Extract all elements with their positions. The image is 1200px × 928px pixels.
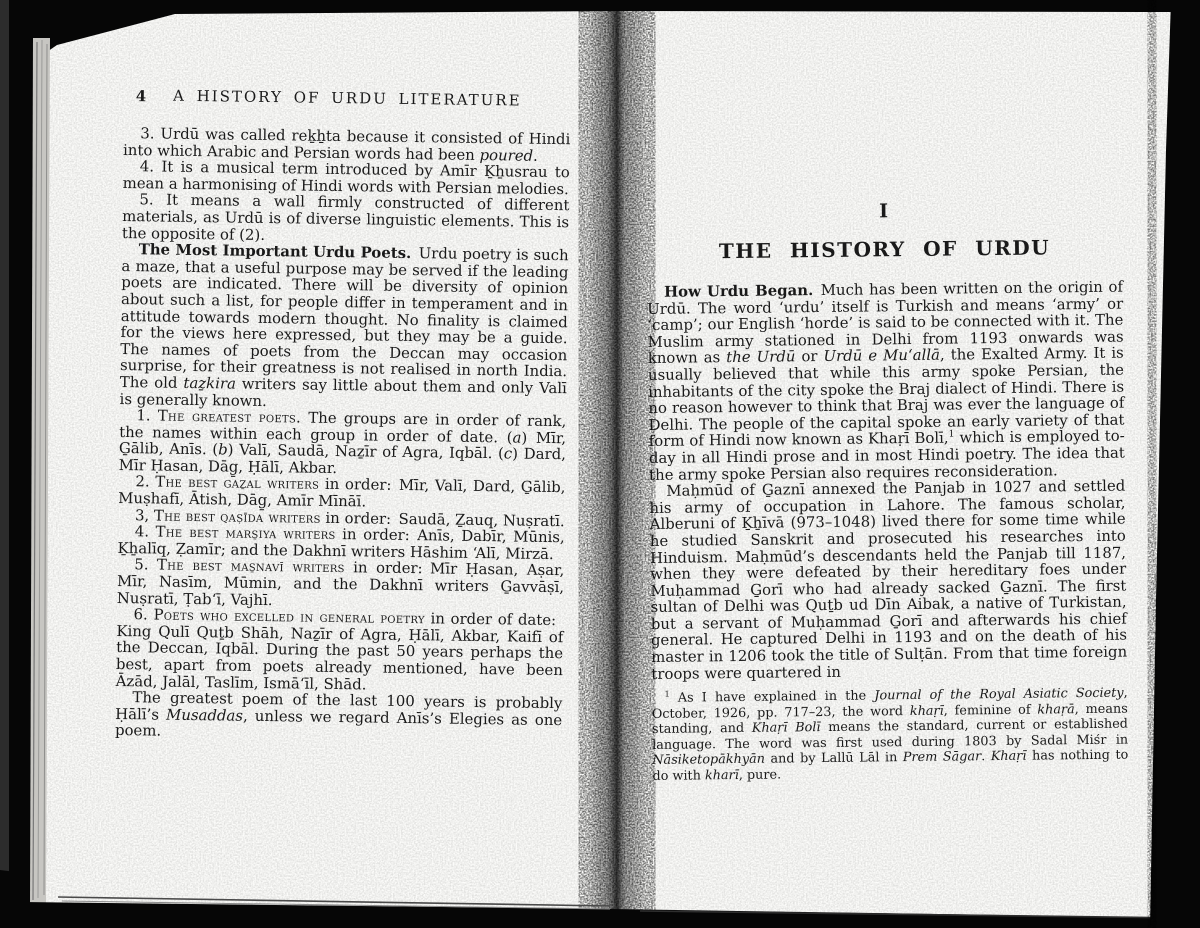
footnote: 1 As I have explained in the Journal of …: [652, 686, 1129, 784]
paragraph: 5. The best mas̱navī writers in order: M…: [117, 556, 565, 612]
right-page: I THE HISTORY OF URDU How Urdu Began. Mu…: [646, 198, 1129, 785]
left-page-body: 3. Urdū was called reḵẖta because it c…: [115, 125, 571, 745]
chapter-number: I: [646, 198, 1122, 225]
left-page: 4 A HISTORY OF URDU LITERATURE 3. Urdū w…: [115, 86, 571, 745]
paragraph: The Most Important Urdu Poets. Urdu poet…: [120, 241, 569, 413]
paragraph: How Urdu Began. Much has been written on…: [647, 279, 1125, 484]
right-page-body: How Urdu Began. Much has been written on…: [647, 279, 1127, 683]
book-scan: 4 A HISTORY OF URDU LITERATURE 3. Urdū w…: [0, 0, 1200, 928]
paragraph: 5. It means a wall firmly constructed of…: [122, 191, 570, 247]
paragraph: 1 As I have explained in the Journal of …: [652, 686, 1129, 784]
chapter-title: THE HISTORY OF URDU: [646, 235, 1122, 264]
paragraph: The greatest poem of the last 100 years …: [115, 689, 563, 745]
paragraph: 6. Poets who excelled in general poetry …: [116, 606, 564, 695]
paragraph: 1. The greatest poets. The groups are in…: [119, 407, 567, 480]
paragraph: Maḥmūd of G̱aznī annexed the Panjab in 1…: [649, 478, 1127, 683]
page-number: 4: [136, 87, 147, 105]
